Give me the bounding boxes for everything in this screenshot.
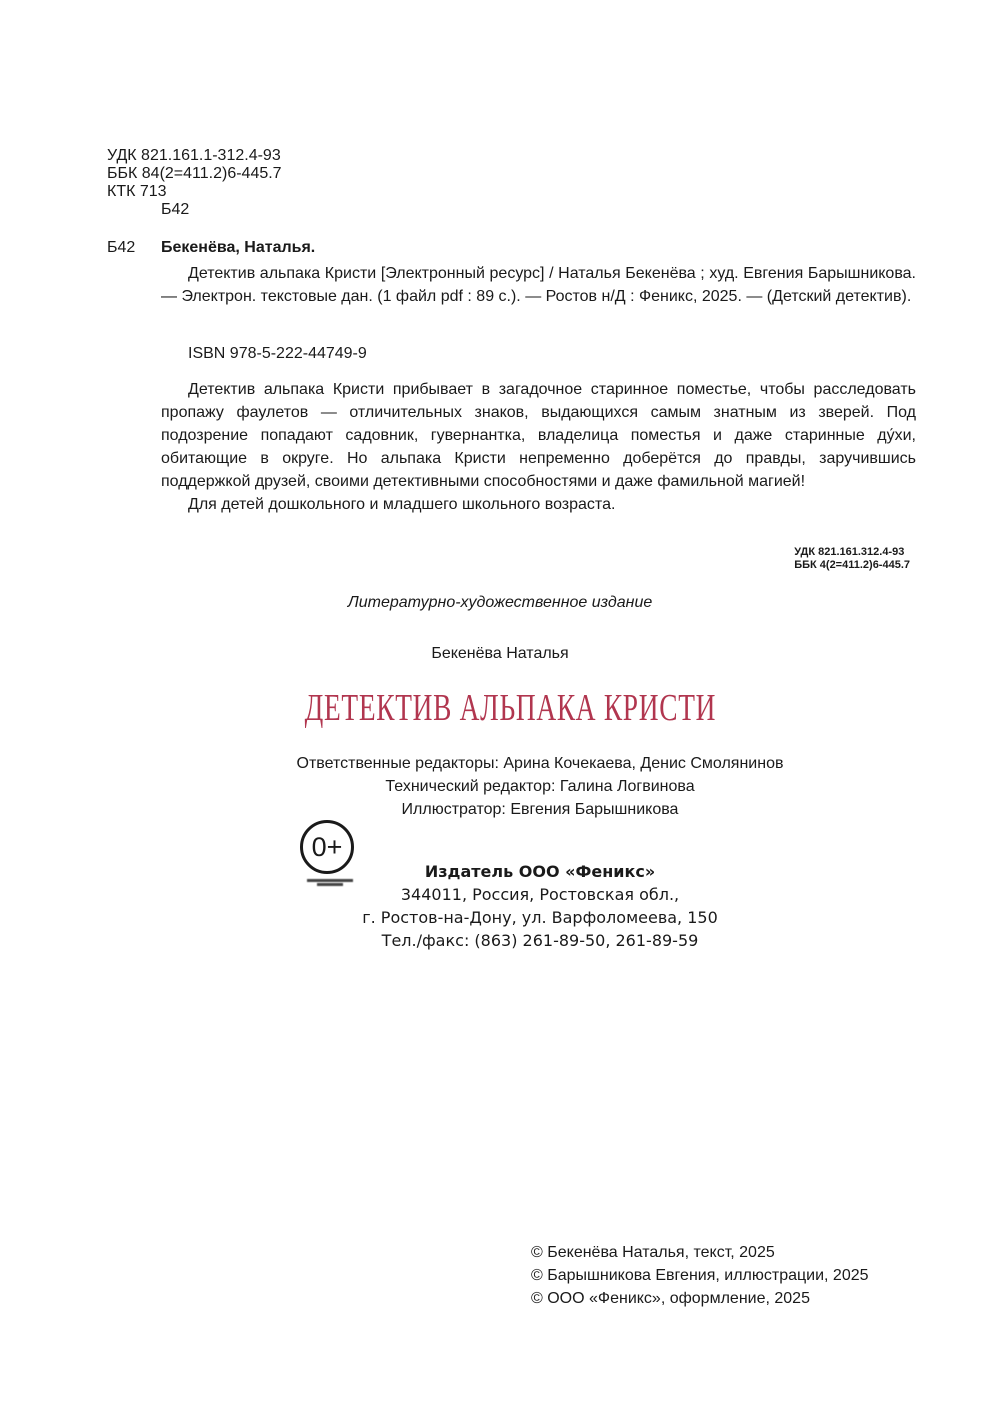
book-title: ДЕТЕКТИВ АЛЬПАКА КРИСТИ	[150, 686, 870, 730]
publisher-info: Издатель ООО «Феникс» 344011, Россия, Ро…	[360, 860, 720, 952]
editors-line: Ответственные редакторы: Арина Кочекаева…	[0, 752, 1000, 775]
classification-codes-right: УДК 821.161.312.4-93 ББК 4(2=411.2)6-445…	[794, 546, 910, 572]
copyright-design: © ООО «Феникс», оформление, 2025	[531, 1287, 869, 1310]
classification-codes: УДК 821.161.1-312.4-93 ББК 84(2=411.2)6-…	[107, 147, 282, 219]
bbk-code-right: ББК 4(2=411.2)6-445.7	[794, 559, 910, 572]
age-rating-fineprint	[302, 878, 358, 887]
udk-code: УДК 821.161.1-312.4-93	[107, 147, 282, 165]
copyright-block: © Бекенёва Наталья, текст, 2025 © Барышн…	[531, 1241, 869, 1310]
biblio-text: Детектив альпака Кристи [Электронный рес…	[161, 262, 916, 308]
publisher-phone: Тел./факс: (863) 261-89-50, 261-89-59	[360, 929, 720, 952]
copyright-text: © Бекенёва Наталья, текст, 2025	[531, 1241, 869, 1264]
illustrator-line: Иллюстратор: Евгения Барышникова	[0, 798, 1000, 821]
publisher-address-2: г. Ростов-на-Дону, ул. Варфоломеева, 150	[360, 906, 720, 929]
author-sign: Б42	[107, 201, 282, 219]
genre-label: Литературно-художественное издание	[0, 594, 1000, 612]
ktk-code: КТК 713	[107, 183, 282, 201]
author-name: Бекенёва Наталья	[0, 645, 1000, 663]
entry-author-sign: Б42	[107, 239, 135, 257]
bibliographic-description: Детектив альпака Кристи [Электронный рес…	[161, 262, 916, 308]
age-rating-icon: 0+	[300, 820, 354, 874]
publisher-address-1: 344011, Россия, Ростовская обл.,	[360, 883, 720, 906]
udk-code-right: УДК 821.161.312.4-93	[794, 546, 910, 559]
age-rating-label: 0+	[312, 832, 343, 863]
annotation: Детектив альпака Кристи прибывает в зага…	[161, 378, 916, 516]
bbk-code: ББК 84(2=411.2)6-445.7	[107, 165, 282, 183]
tech-editor-line: Технический редактор: Галина Логвинова	[0, 775, 1000, 798]
copyright-illustrations: © Барышникова Евгения, иллюстрации, 2025	[531, 1264, 869, 1287]
publisher-name: Издатель ООО «Феникс»	[360, 860, 720, 883]
audience-text: Для детей дошкольного и младшего школьно…	[161, 493, 916, 516]
annotation-text: Детектив альпака Кристи прибывает в зага…	[161, 378, 916, 493]
isbn: ISBN 978-5-222-44749-9	[188, 345, 367, 363]
credits: Ответственные редакторы: Арина Кочекаева…	[0, 752, 1000, 821]
entry-heading: Бекенёва, Наталья.	[161, 239, 315, 257]
